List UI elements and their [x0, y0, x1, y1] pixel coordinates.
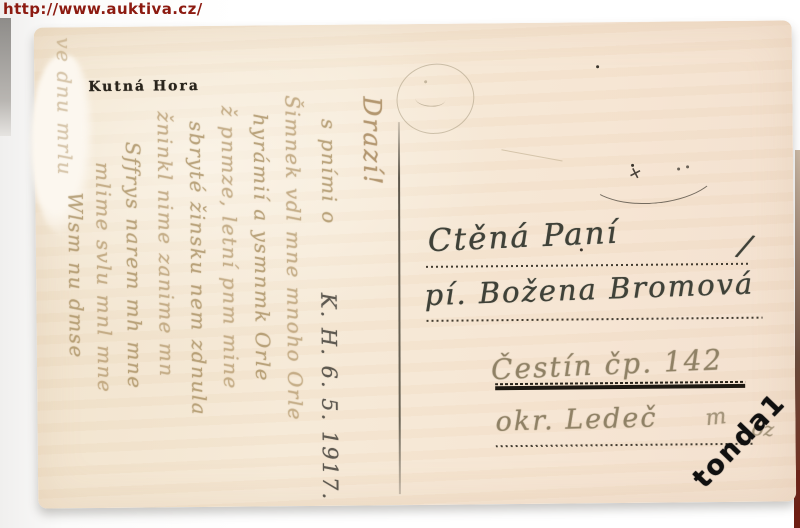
address-town-line: Čestín čp. 142: [490, 343, 724, 386]
ink-speck: [631, 164, 634, 167]
address-pen-stroke: /: [736, 228, 754, 264]
ink-speck: [596, 65, 599, 68]
address-dotted-rule: [427, 317, 763, 322]
scanned-postcard-image: Kutná Hora × Drazí! s pními o K. H. 6. 5…: [0, 0, 800, 528]
handwriting-line: Šimnek vdl mne mnoho Orle: [280, 95, 307, 421]
handwriting-line: hyrámií a ysmnmk Orle: [249, 113, 276, 382]
handwriting-line: sbryté žinsku nem zdnula: [185, 121, 212, 416]
handwriting-line: žninkl nime zanime mn: [153, 111, 180, 377]
handwriting-line: Wlsm nu dmse: [63, 192, 89, 359]
handwriting-line: Sffrys narem mh mne: [121, 142, 147, 390]
handwriting-line: ž pnmze, letní pnm mine: [216, 106, 243, 390]
pencil-circle-mark: [391, 57, 480, 140]
handwritten-date: K. H. 6. 5. 1917.: [316, 293, 342, 501]
address-divider-line: [398, 122, 401, 494]
handwritten-salutation: Drazí!: [357, 96, 387, 186]
postmark-dot: [686, 165, 689, 168]
address-recipient-name: Ctěná Paní: [427, 215, 619, 259]
postmark-dot: [677, 167, 680, 170]
address-faint-mark: m: [704, 404, 728, 431]
address-dotted-rule: [426, 263, 750, 268]
handwriting-line: s pními o: [317, 119, 342, 225]
address-recipient-line2: pí. Božena Bromová: [424, 266, 755, 312]
pencil-dot: [424, 80, 427, 83]
scan-edge-shadow-left: [0, 18, 11, 136]
address-district-line: okr. Ledeč: [495, 402, 658, 437]
address-heavy-rule: [495, 381, 745, 390]
auction-site-url-watermark: http://www.auktiva.cz/: [3, 0, 203, 18]
pencil-squiggle: [415, 91, 446, 108]
handwriting-line: mlime svlu mnl mne: [91, 162, 117, 394]
imprint-kutna-hora: Kutná Hora: [88, 78, 200, 95]
pencil-stroke: [501, 149, 562, 161]
postcard-back: Kutná Hora × Drazí! s pními o K. H. 6. 5…: [34, 20, 797, 508]
handwriting-line: ve dnu mrlu: [52, 37, 77, 176]
postmark-arc: [583, 135, 722, 209]
